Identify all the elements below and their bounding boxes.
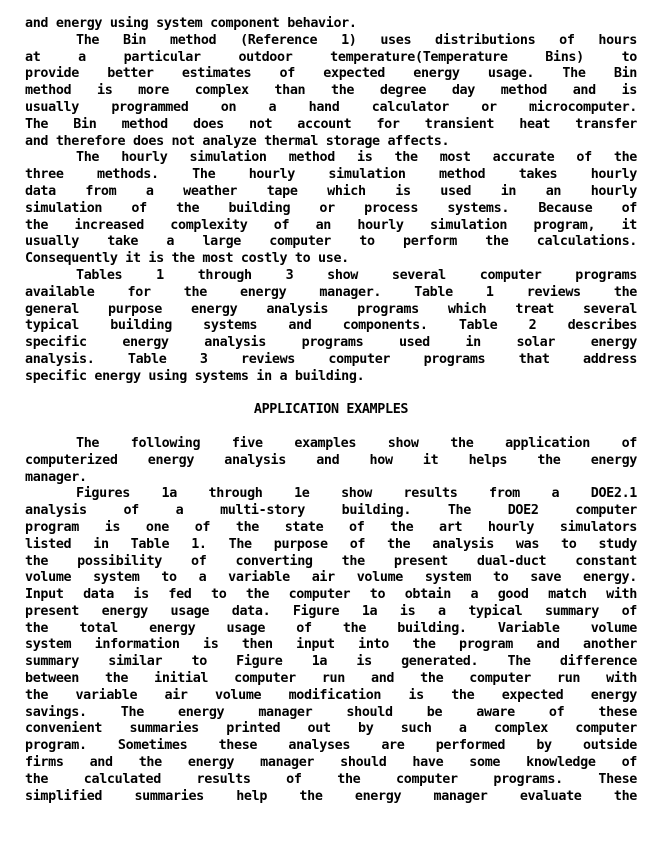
text-line: the possibility of converting the presen…: [25, 554, 637, 571]
text-line: system information is then input into th…: [25, 637, 637, 654]
text-line: simulation of the building or process sy…: [25, 201, 637, 218]
text-line: data from a weather tape which is used i…: [25, 184, 637, 201]
text-line: The Bin method does not account for tran…: [25, 117, 637, 134]
text-line: between the initial computer run and the…: [25, 671, 637, 688]
text-line: available for the energy manager. Table …: [25, 285, 637, 302]
text-line: Input data is fed to the computer to obt…: [25, 587, 637, 604]
text-line: volume system to a variable air volume s…: [25, 570, 637, 587]
blank-line: [25, 419, 637, 436]
text-line: method is more complex than the degree d…: [25, 83, 637, 100]
text-line: firms and the energy manager should have…: [25, 755, 637, 772]
text-line: Tables 1 through 3 show several computer…: [25, 268, 637, 285]
text-line: program. Sometimes these analyses are pe…: [25, 738, 637, 755]
text-line: specific energy analysis programs used i…: [25, 335, 637, 352]
text-line: at a particular outdoor temperature(Temp…: [25, 50, 637, 67]
text-line: three methods. The hourly simulation met…: [25, 167, 637, 184]
text-line: the increased complexity of an hourly si…: [25, 218, 637, 235]
text-line: Figures 1a through 1e show results from …: [25, 486, 637, 503]
text-line: The following five examples show the app…: [25, 436, 637, 453]
text-line: analysis. Table 3 reviews computer progr…: [25, 352, 637, 369]
text-line: convenient summaries printed out by such…: [25, 721, 637, 738]
text-line: usually programmed on a hand calculator …: [25, 100, 637, 117]
text-line: and energy using system component behavi…: [25, 16, 637, 33]
text-line: Consequently it is the most costly to us…: [25, 251, 637, 268]
text-line: manager.: [25, 470, 637, 487]
text-line: and therefore does not analyze thermal s…: [25, 134, 637, 151]
section-heading: APPLICATION EXAMPLES: [25, 402, 637, 419]
text-line: the variable air volume modification is …: [25, 688, 637, 705]
text-line: the total energy usage of the building. …: [25, 621, 637, 638]
text-line: summary similar to Figure 1a is generate…: [25, 654, 637, 671]
text-line: The hourly simulation method is the most…: [25, 150, 637, 167]
text-line: specific energy using systems in a build…: [25, 369, 637, 386]
text-line: simplified summaries help the energy man…: [25, 789, 637, 806]
blank-line: [25, 386, 637, 403]
document-page: and energy using system component behavi…: [25, 16, 637, 805]
text-line: program is one of the state of the art h…: [25, 520, 637, 537]
text-line: present energy usage data. Figure 1a is …: [25, 604, 637, 621]
text-line: listed in Table 1. The purpose of the an…: [25, 537, 637, 554]
text-line: the calculated results of the computer p…: [25, 772, 637, 789]
text-line: computerized energy analysis and how it …: [25, 453, 637, 470]
text-line: usually take a large computer to perform…: [25, 234, 637, 251]
text-line: The Bin method (Reference 1) uses distri…: [25, 33, 637, 50]
text-line: general purpose energy analysis programs…: [25, 302, 637, 319]
text-line: savings. The energy manager should be aw…: [25, 705, 637, 722]
text-line: analysis of a multi-story building. The …: [25, 503, 637, 520]
text-line: typical building systems and components.…: [25, 318, 637, 335]
text-line: provide better estimates of expected ene…: [25, 66, 637, 83]
